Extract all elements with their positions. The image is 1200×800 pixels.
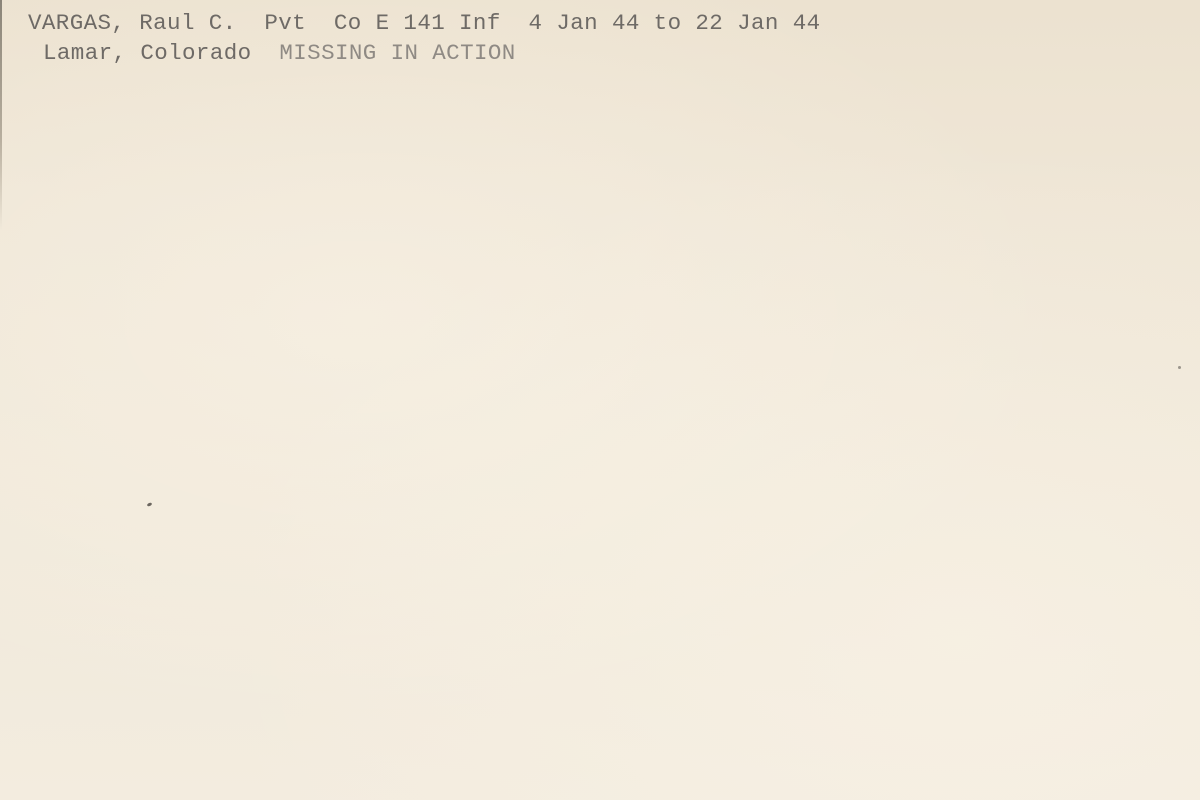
rank: Pvt bbox=[264, 10, 306, 36]
status-text: MISSING IN ACTION bbox=[279, 40, 515, 66]
date-to: 22 Jan 44 bbox=[695, 10, 820, 36]
date-from: 4 Jan 44 bbox=[529, 10, 640, 36]
to-word: to bbox=[654, 10, 682, 36]
card-edge-shadow bbox=[0, 0, 2, 230]
surname: VARGAS, bbox=[28, 10, 125, 36]
paper-speck bbox=[147, 502, 153, 507]
record-line-2: Lamar, Colorado MISSING IN ACTION bbox=[43, 42, 516, 65]
record-card: VARGAS, Raul C. Pvt Co E 141 Inf 4 Jan 4… bbox=[0, 0, 1200, 800]
hometown: Lamar, Colorado bbox=[43, 40, 252, 66]
unit: Co E 141 Inf bbox=[334, 10, 501, 36]
given-name: Raul C. bbox=[139, 10, 236, 36]
record-line-1: VARGAS, Raul C. Pvt Co E 141 Inf 4 Jan 4… bbox=[28, 12, 821, 35]
paper-speck bbox=[1178, 366, 1181, 369]
